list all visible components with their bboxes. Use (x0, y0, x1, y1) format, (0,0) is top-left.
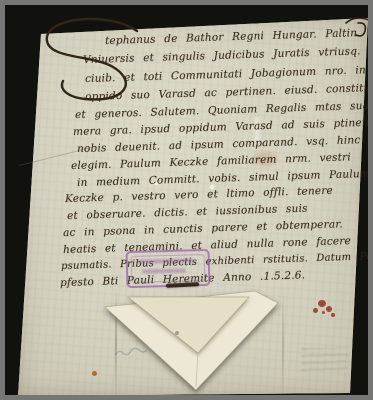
seal-fold-speck (175, 331, 179, 335)
bleed-through-marks (301, 348, 349, 375)
red-stain (308, 295, 344, 323)
seal-cover-fold (97, 283, 289, 400)
manuscript-photo: tephanus de Bathor Regni Hungar. Paltin.… (0, 0, 373, 400)
faint-pencil-marks (113, 343, 149, 361)
